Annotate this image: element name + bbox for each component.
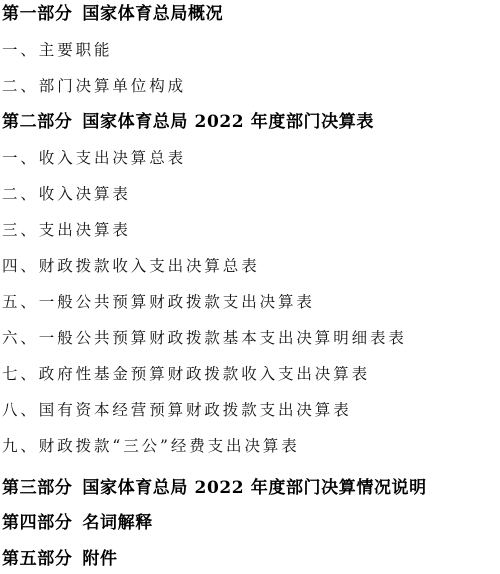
toc-item[interactable]: 六、一般公共预算财政拨款基本支出决算明细表表 — [2, 328, 407, 348]
toc-part-4-heading[interactable]: 第四部分名词解释 — [2, 513, 153, 533]
toc-item[interactable]: 九、财政拨款“三公”经费支出决算表 — [2, 436, 300, 456]
part-title: 国家体育总局 2022 年度部门决算表 — [82, 112, 374, 132]
toc-item[interactable]: 八、国有资本经营预算财政拨款支出决算表 — [2, 400, 352, 420]
toc-item[interactable]: 三、支出决算表 — [2, 220, 131, 240]
toc-item[interactable]: 五、一般公共预算财政拨款支出决算表 — [2, 292, 315, 312]
part-title: 国家体育总局 2022 年度部门决算情况说明 — [82, 478, 426, 498]
part-title: 附件 — [82, 549, 117, 569]
toc-item[interactable]: 七、政府性基金预算财政拨款收入支出决算表 — [2, 364, 370, 384]
toc-item[interactable]: 四、财政拨款收入支出决算总表 — [2, 256, 260, 276]
part-number: 第一部分 — [2, 4, 72, 24]
toc-part-1-heading[interactable]: 第一部分国家体育总局概况 — [2, 4, 223, 24]
toc-item[interactable]: 一、收入支出决算总表 — [2, 148, 186, 168]
toc-item[interactable]: 二、收入决算表 — [2, 184, 131, 204]
part-number: 第二部分 — [2, 112, 72, 132]
part-number: 第四部分 — [2, 513, 72, 533]
toc-item[interactable]: 一、主要职能 — [2, 40, 112, 60]
part-number: 第三部分 — [2, 478, 72, 498]
part-number: 第五部分 — [2, 549, 72, 569]
toc-part-3-heading[interactable]: 第三部分国家体育总局 2022 年度部门决算情况说明 — [2, 478, 427, 498]
toc-part-2-heading[interactable]: 第二部分国家体育总局 2022 年度部门决算表 — [2, 112, 374, 132]
part-title: 名词解释 — [82, 513, 152, 533]
toc-part-5-heading[interactable]: 第五部分附件 — [2, 549, 118, 569]
part-title: 国家体育总局概况 — [82, 4, 223, 24]
toc-item[interactable]: 二、部门决算单位构成 — [2, 76, 186, 96]
